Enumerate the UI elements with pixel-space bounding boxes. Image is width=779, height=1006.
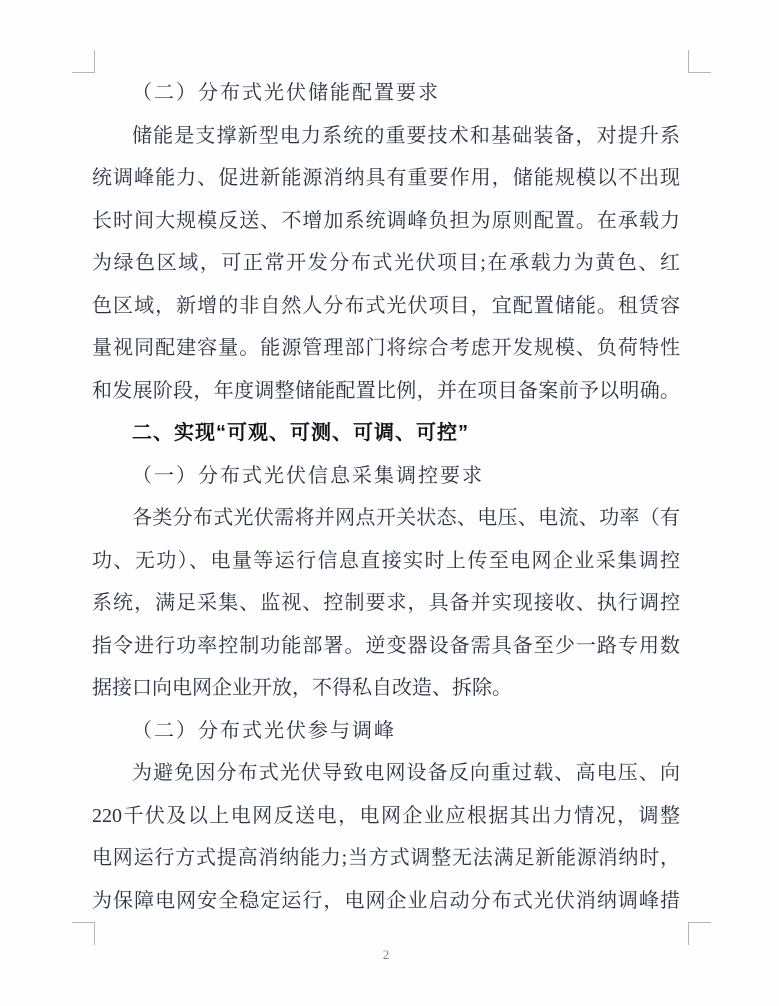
body-line: 系统，满足采集、监视、控制要求，具备并实现接收、执行调控 xyxy=(92,582,680,625)
body-line: 功、无功）、电量等运行信息直接实时上传至电网企业采集调控 xyxy=(92,540,680,583)
body-line: 色区域，新增的非自然人分布式光伏项目，宜配置储能。租赁容 xyxy=(92,285,680,328)
subsection-heading-storage-config: （二）分布式光伏储能配置要求 xyxy=(92,72,680,115)
crop-mark-top-left xyxy=(72,50,95,73)
body-line: 各类分布式光伏需将并网点开关状态、电压、电流、功率（有 xyxy=(92,497,680,540)
body-line: 统调峰能力、促进新能源消纳具有重要作用，储能规模以不出现 xyxy=(92,157,680,200)
body-line: 为绿色区域，可正常开发分布式光伏项目;在承载力为黄色、红 xyxy=(92,242,680,285)
body-line: 和发展阶段，年度调整储能配置比例，并在项目备案前予以明确。 xyxy=(92,370,680,413)
body-line: 量视同配建容量。能源管理部门将综合考虑开发规模、负荷特性 xyxy=(92,327,680,370)
document-page: （二）分布式光伏储能配置要求 储能是支撑新型电力系统的重要技术和基础装备，对提升… xyxy=(0,0,779,1006)
subsection-heading-info-collection: （一）分布式光伏信息采集调控要求 xyxy=(92,455,680,498)
body-line: 储能是支撑新型电力系统的重要技术和基础装备，对提升系 xyxy=(92,115,680,158)
crop-mark-top-right xyxy=(688,50,711,73)
body-line: 220千伏及以上电网反送电，电网企业应根据其出力情况，调整 xyxy=(92,795,680,838)
page-number: 2 xyxy=(92,944,680,966)
body-line: 为保障电网安全稳定运行，电网企业启动分布式光伏消纳调峰措 xyxy=(92,880,680,923)
body-line: 电网运行方式提高消纳能力;当方式调整无法满足新能源消纳时， xyxy=(92,837,680,880)
body-line: 指令进行功率控制功能部署。逆变器设备需具备至少一路专用数 xyxy=(92,625,680,668)
body-line: 据接口向电网企业开放，不得私自改造、拆除。 xyxy=(92,667,680,710)
chapter-heading-observable-controllable: 二、实现“可观、可测、可调、可控” xyxy=(92,412,680,455)
text-block: （二）分布式光伏储能配置要求 储能是支撑新型电力系统的重要技术和基础装备，对提升… xyxy=(92,72,680,922)
body-line: 长时间大规模反送、不增加系统调峰负担为原则配置。在承载力 xyxy=(92,200,680,243)
crop-mark-bottom-left xyxy=(72,922,95,945)
body-line: 为避免因分布式光伏导致电网设备反向重过载、高电压、向 xyxy=(92,752,680,795)
crop-mark-bottom-right xyxy=(688,922,711,945)
subsection-heading-peak-shaving: （二）分布式光伏参与调峰 xyxy=(92,710,680,753)
